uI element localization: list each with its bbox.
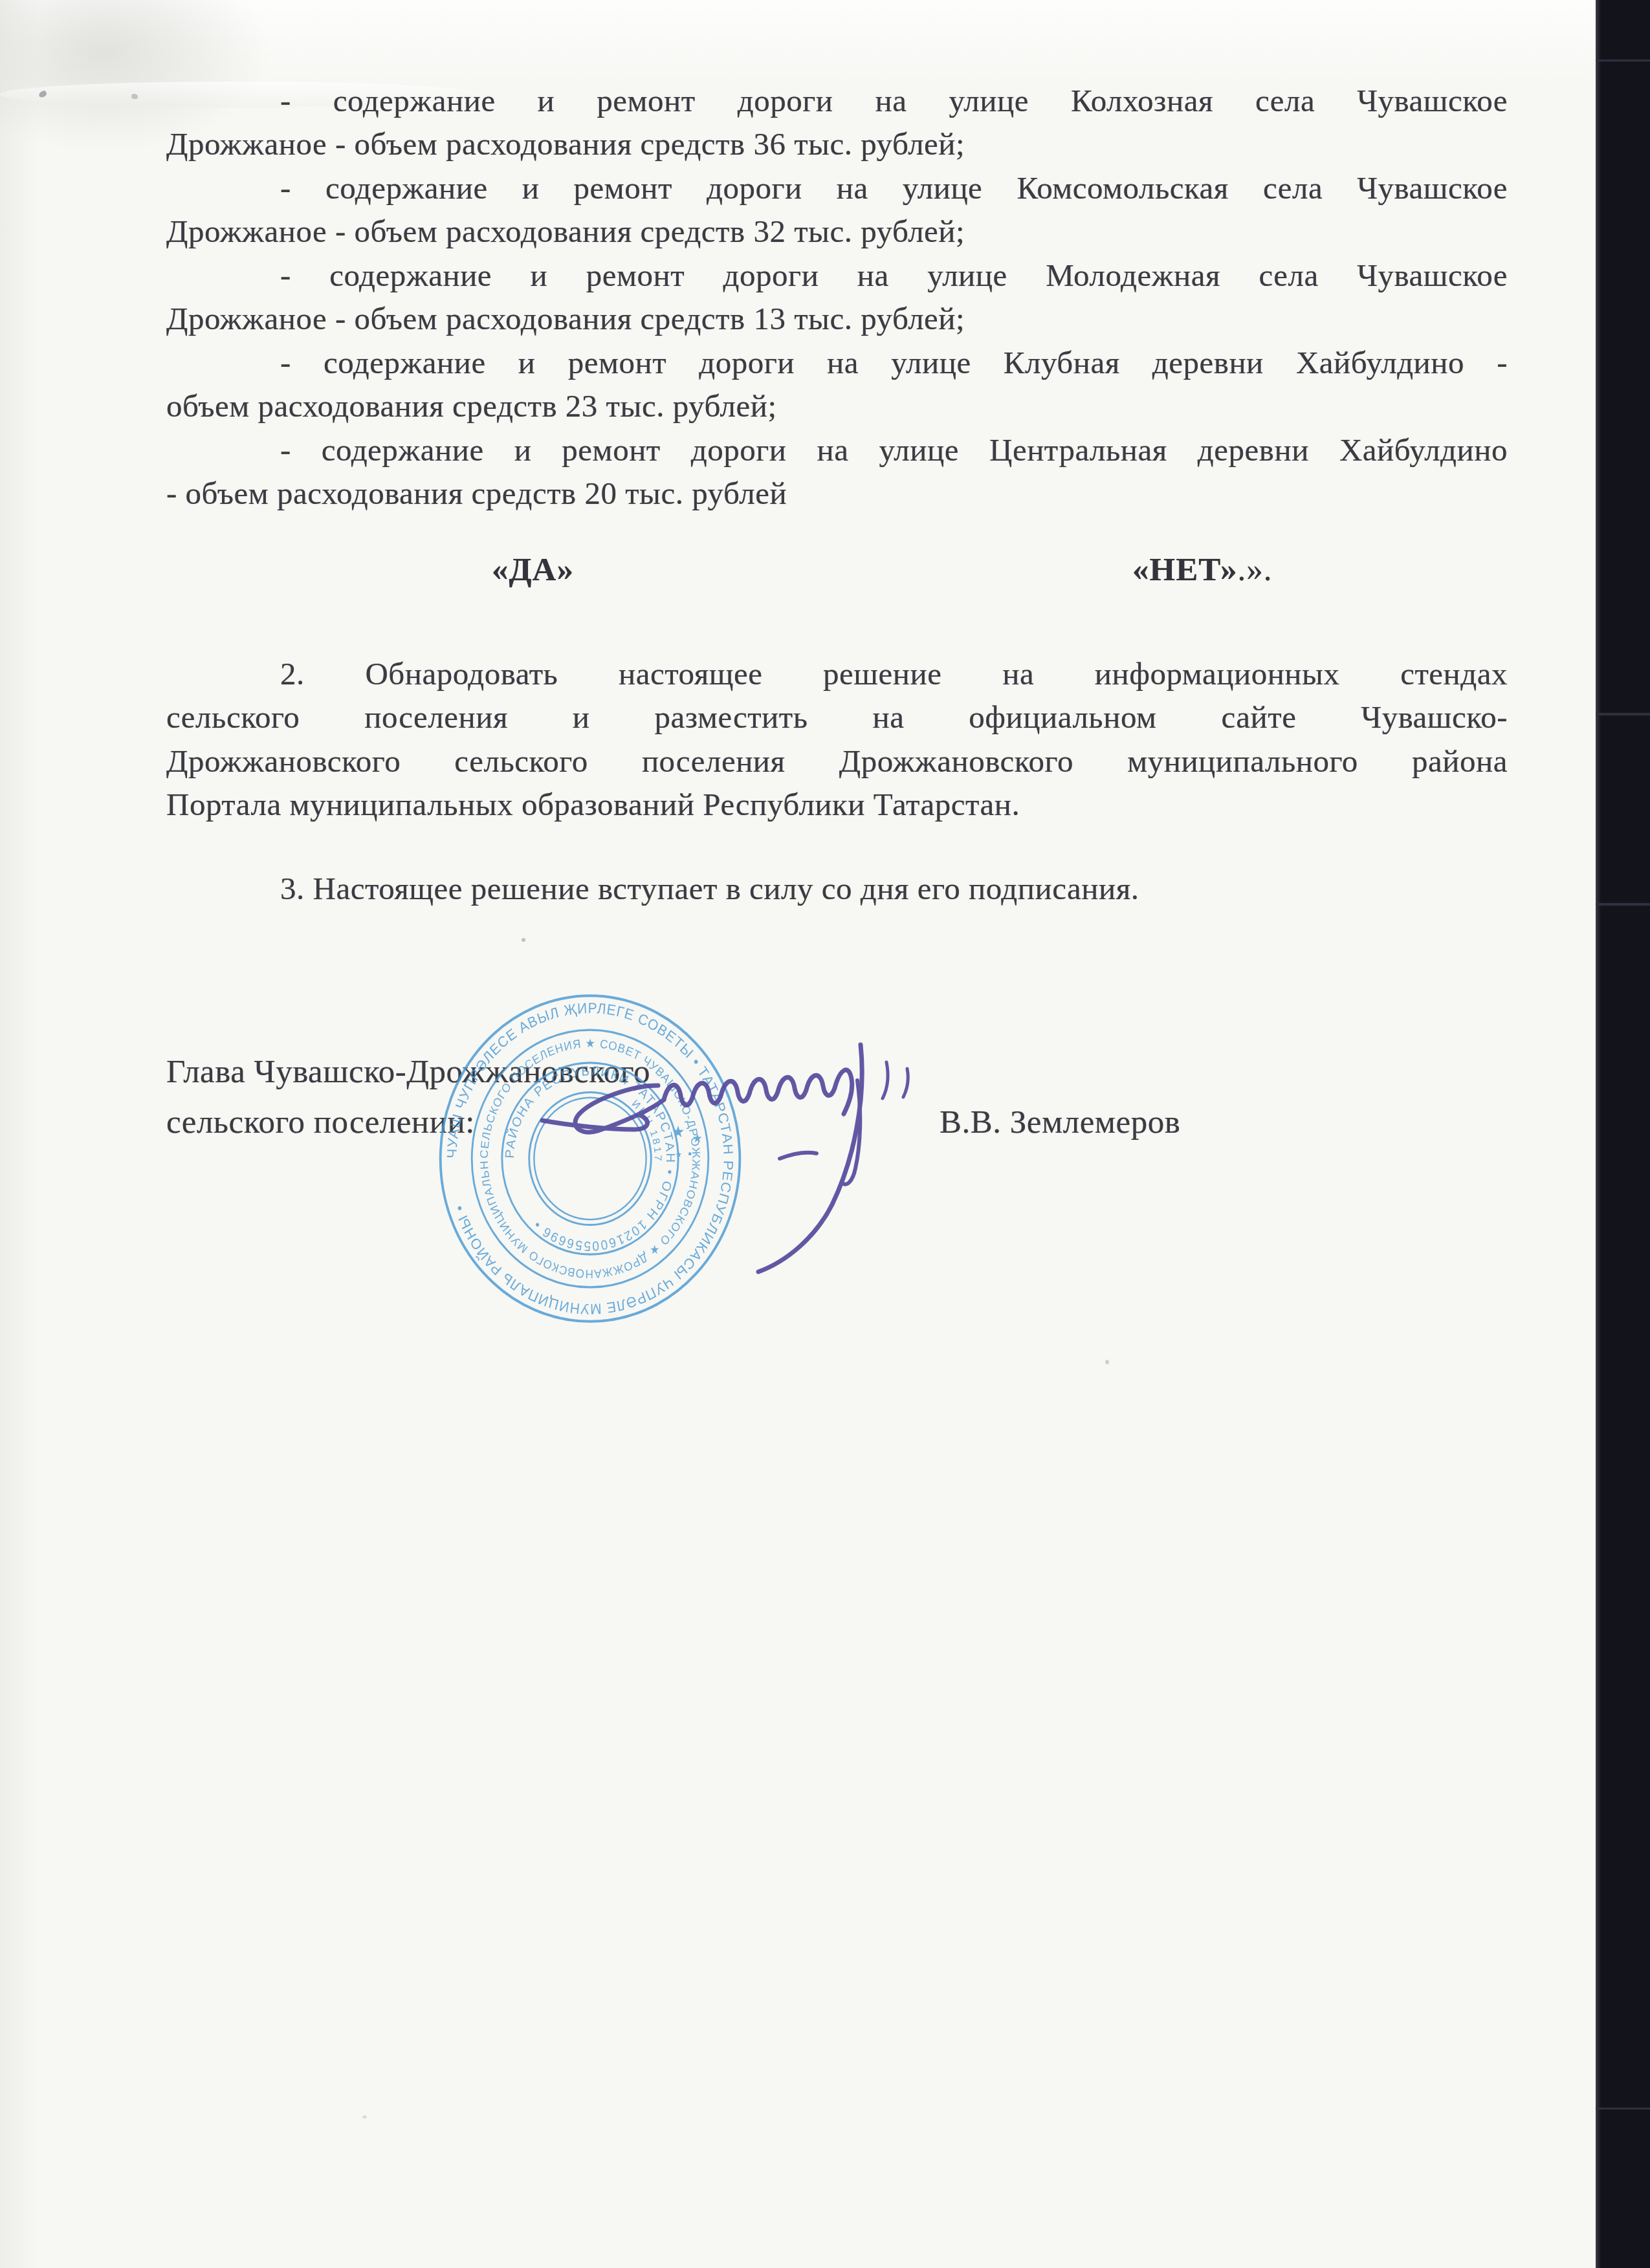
scanner-edge-band: [1596, 0, 1650, 2268]
dust-speck: [362, 2115, 367, 2119]
vote-no-label: «НЕТ».».: [1132, 551, 1272, 589]
vote-no-tail: .».: [1237, 552, 1272, 588]
dust-speck: [522, 938, 525, 942]
paragraph-2-line: сельского поселения и разместить на офиц…: [166, 695, 1508, 739]
paragraph-3: 3. Настоящее решение вступает в силу со …: [166, 867, 1508, 910]
signatory-title-line2: сельского поселении:: [166, 1104, 475, 1141]
body-line: объем расходования средств 23 тыс. рубле…: [166, 384, 1508, 428]
signature-ink: [531, 1022, 919, 1294]
body-line: - содержание и ремонт дороги на улице Мо…: [166, 254, 1508, 297]
body-line: - содержание и ремонт дороги на улице Це…: [166, 428, 1508, 472]
dust-speck: [131, 94, 138, 99]
dust-speck: [1105, 1360, 1109, 1364]
paragraph-2-line: Портала муниципальных образований Респуб…: [166, 783, 1508, 826]
paragraph-2-line: Дрожжановского сельского поселения Дрожж…: [166, 739, 1508, 783]
scanned-document-page: - содержание и ремонт дороги на улице Ко…: [0, 0, 1650, 2268]
scan-band-line: [1596, 2108, 1650, 2110]
vote-yes-label: «ДА»: [492, 551, 574, 589]
scanner-edge-glow: [1596, 0, 1601, 2268]
scan-band-line: [1596, 60, 1650, 61]
body-line: - объем расходования средств 20 тыс. руб…: [166, 472, 1508, 515]
body-line: Дрожжаное - объем расходования средств 3…: [166, 122, 1508, 166]
paragraph-2-line: 2. Обнародовать настоящее решение на инф…: [166, 652, 1508, 695]
body-line: - содержание и ремонт дороги на улице Ко…: [166, 79, 1508, 122]
vote-no-word: «НЕТ»: [1132, 552, 1237, 588]
signatory-name: В.В. Землемеров: [940, 1104, 1180, 1141]
body-line: Дрожжаное - объем расходования средств 3…: [166, 210, 1508, 253]
scan-band-line: [1596, 903, 1650, 906]
body-line: - содержание и ремонт дороги на улице Ко…: [166, 166, 1508, 210]
scan-band-line: [1596, 713, 1650, 715]
body-line: Дрожжаное - объем расходования средств 1…: [166, 297, 1508, 340]
body-line: - содержание и ремонт дороги на улице Кл…: [166, 341, 1508, 384]
paper-left-shadow: [0, 0, 39, 2268]
